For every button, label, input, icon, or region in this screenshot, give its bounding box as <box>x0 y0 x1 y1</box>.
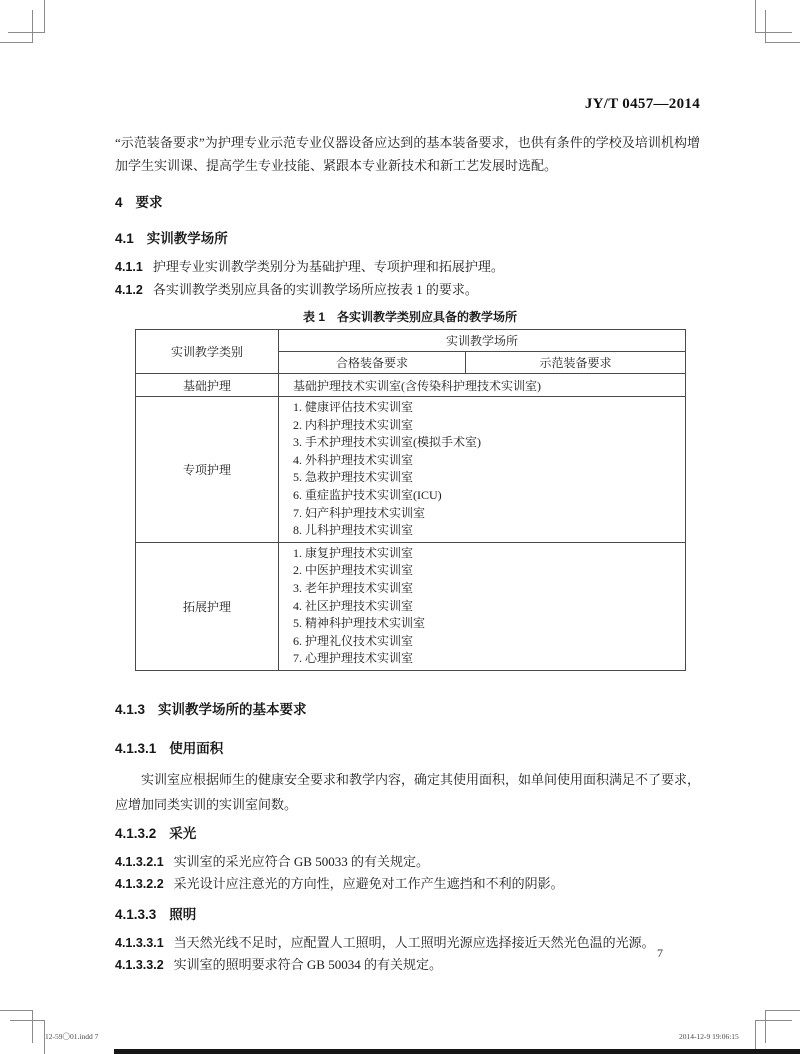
heading-4-1-title: 实训教学场所 <box>147 231 228 246</box>
crop-mark-bottom-left-inner <box>10 1020 45 1054</box>
clause-4-1-3-2-1: 4.1.3.2.1实训室的采光应符合 GB 50033 的有关规定。 <box>115 851 700 874</box>
intro-paragraph: “示范装备要求”为护理专业示范专业仪器设备应达到的基本装备要求，也供有条件的学校… <box>115 131 700 177</box>
heading-4-1-3-2-title: 采光 <box>169 826 196 841</box>
clause-4-1-3-3-1-number: 4.1.3.3.1 <box>115 936 164 950</box>
bottom-scan-edge-bar <box>114 1049 800 1054</box>
clause-4-1-3-2-2: 4.1.3.2.2采光设计应注意光的方向性，应避免对工作产生遮挡和不利的阴影。 <box>115 873 700 896</box>
clause-group-4-1-3-3: 4.1.3.3.1当天然光线不足时，应配置人工照明，人工照明光源应选择接近天然光… <box>115 932 700 977</box>
clause-4-1-3-3-2-text: 实训室的照明要求符合 GB 50034 的有关规定。 <box>174 957 442 972</box>
footer-file-note: 12-59〇01.indd 7 <box>45 1031 98 1042</box>
clause-4-1-2-text: 各实训教学类别应具备的实训教学场所应按表 1 的要求。 <box>153 282 478 297</box>
table-row-basic-nursing: 基础护理 基础护理技术实训室(含传染科护理技术实训室) <box>136 374 686 397</box>
table-row-extended-nursing: 拓展护理 1. 康复护理技术实训室2. 中医护理技术实训室3. 老年护理技术实训… <box>136 542 686 670</box>
heading-4: 4要求 <box>115 191 700 211</box>
header-cell-demonstration: 示范装备要求 <box>466 352 686 374</box>
room-list-item: 4. 社区护理技术实训室 <box>293 598 685 616</box>
category-cell-basic: 基础护理 <box>136 374 279 397</box>
table-1: 实训教学类别 实训教学场所 合格装备要求 示范装备要求 基础护理 基础护理技术实… <box>135 329 686 671</box>
room-list-item: 1. 健康评估技术实训室 <box>293 399 685 417</box>
room-list-item: 5. 急救护理技术实训室 <box>293 469 685 487</box>
heading-4-1-3-2-number: 4.1.3.2 <box>115 826 156 841</box>
room-list-item: 1. 康复护理技术实训室 <box>293 545 685 563</box>
heading-4-number: 4 <box>115 195 123 210</box>
clause-4-1-1-number: 4.1.1 <box>115 260 143 274</box>
heading-4-1-3-number: 4.1.3 <box>115 702 145 717</box>
clause-4-1-3-2-1-number: 4.1.3.2.1 <box>115 855 164 869</box>
clause-4-1-3-2-1-text: 实训室的采光应符合 GB 50033 的有关规定。 <box>174 854 429 869</box>
paragraph-4-1-3-1: 实训室应根据师生的健康安全要求和教学内容，确定其使用面积，如单间使用面积满足不了… <box>115 767 700 817</box>
rooms-cell-special: 1. 健康评估技术实训室2. 内科护理技术实训室3. 手术护理技术实训室(模拟手… <box>279 397 686 543</box>
heading-4-1-3-3: 4.1.3.3照明 <box>115 903 700 923</box>
room-list-item: 5. 精神科护理技术实训室 <box>293 615 685 633</box>
header-cell-qualified: 合格装备要求 <box>279 352 466 374</box>
clause-4-1-2: 4.1.2各实训教学类别应具备的实训教学场所应按表 1 的要求。 <box>115 279 700 302</box>
clause-4-1-3-2-2-text: 采光设计应注意光的方向性，应避免对工作产生遮挡和不利的阴影。 <box>174 876 564 891</box>
table-caption-label: 表 1 <box>303 310 325 324</box>
rooms-cell-basic: 基础护理技术实训室(含传染科护理技术实训室) <box>279 374 686 397</box>
heading-4-1-3-1-number: 4.1.3.1 <box>115 741 156 756</box>
clause-4-1-1: 4.1.1护理专业实训教学类别分为基础护理、专项护理和拓展护理。 <box>115 256 700 279</box>
clause-4-1-2-number: 4.1.2 <box>115 283 143 297</box>
clause-4-1-3-3-2: 4.1.3.3.2实训室的照明要求符合 GB 50034 的有关规定。 <box>115 954 700 977</box>
heading-4-1-3-1-title: 使用面积 <box>169 741 223 756</box>
heading-4-1-3-title: 实训教学场所的基本要求 <box>158 702 307 717</box>
clause-4-1-3-3-1: 4.1.3.3.1当天然光线不足时，应配置人工照明，人工照明光源应选择接近天然光… <box>115 932 700 955</box>
clause-4-1-3-3-2-number: 4.1.3.3.2 <box>115 958 164 972</box>
document-page: { "header": { "standard_code": "JY/T 045… <box>0 0 800 1054</box>
heading-4-title: 要求 <box>136 195 163 210</box>
room-list-item: 7. 妇产科护理技术实训室 <box>293 505 685 523</box>
heading-4-1: 4.1实训教学场所 <box>115 227 700 247</box>
room-list-item: 7. 心理护理技术实训室 <box>293 650 685 668</box>
table-caption: 表 1各实训教学类别应具备的教学场所 <box>135 308 685 325</box>
footer-timestamp: 2014-12-9 19:06:15 <box>679 1032 739 1041</box>
room-list-item: 6. 护理礼仪技术实训室 <box>293 633 685 651</box>
clause-4-1-3-2-2-number: 4.1.3.2.2 <box>115 877 164 891</box>
heading-4-1-3-1: 4.1.3.1使用面积 <box>115 737 700 757</box>
heading-4-1-3-2: 4.1.3.2采光 <box>115 822 700 842</box>
header-cell-place: 实训教学场所 <box>279 330 686 352</box>
category-cell-extended: 拓展护理 <box>136 542 279 670</box>
crop-mark-top-left-inner <box>0 10 33 43</box>
page-number: 7 <box>640 946 680 961</box>
room-list-item: 2. 内科护理技术实训室 <box>293 417 685 435</box>
clause-4-1-1-text: 护理专业实训教学类别分为基础护理、专项护理和拓展护理。 <box>153 259 504 274</box>
clause-4-1-3-3-1-text: 当天然光线不足时，应配置人工照明，人工照明光源应选择接近天然光色温的光源。 <box>174 935 655 950</box>
room-list-item: 3. 老年护理技术实训室 <box>293 580 685 598</box>
clause-group-4-1: 4.1.1护理专业实训教学类别分为基础护理、专项护理和拓展护理。 4.1.2各实… <box>115 256 700 301</box>
heading-4-1-3-3-number: 4.1.3.3 <box>115 907 156 922</box>
table-caption-title: 各实训教学类别应具备的教学场所 <box>337 310 517 324</box>
heading-4-1-number: 4.1 <box>115 231 134 246</box>
room-list-item: 6. 重症监护技术实训室(ICU) <box>293 487 685 505</box>
table-row-special-nursing: 专项护理 1. 健康评估技术实训室2. 内科护理技术实训室3. 手术护理技术实训… <box>136 397 686 543</box>
standard-code: JY/T 0457—2014 <box>115 96 700 113</box>
room-list-item: 4. 外科护理技术实训室 <box>293 452 685 470</box>
category-cell-special: 专项护理 <box>136 397 279 543</box>
clause-group-4-1-3-2: 4.1.3.2.1实训室的采光应符合 GB 50033 的有关规定。 4.1.3… <box>115 851 700 896</box>
room-list-item: 8. 儿科护理技术实训室 <box>293 522 685 540</box>
room-list-item: 3. 手术护理技术实训室(模拟手术室) <box>293 434 685 452</box>
room-list-item: 2. 中医护理技术实训室 <box>293 562 685 580</box>
heading-4-1-3: 4.1.3实训教学场所的基本要求 <box>115 698 700 718</box>
crop-mark-top-right-inner <box>765 10 800 43</box>
rooms-cell-extended: 1. 康复护理技术实训室2. 中医护理技术实训室3. 老年护理技术实训室4. 社… <box>279 542 686 670</box>
heading-4-1-3-3-title: 照明 <box>169 907 196 922</box>
header-cell-category: 实训教学类别 <box>136 330 279 374</box>
page-content: JY/T 0457—2014 “示范装备要求”为护理专业示范专业仪器设备应达到的… <box>115 0 700 977</box>
table-header-row-1: 实训教学类别 实训教学场所 <box>136 330 686 352</box>
